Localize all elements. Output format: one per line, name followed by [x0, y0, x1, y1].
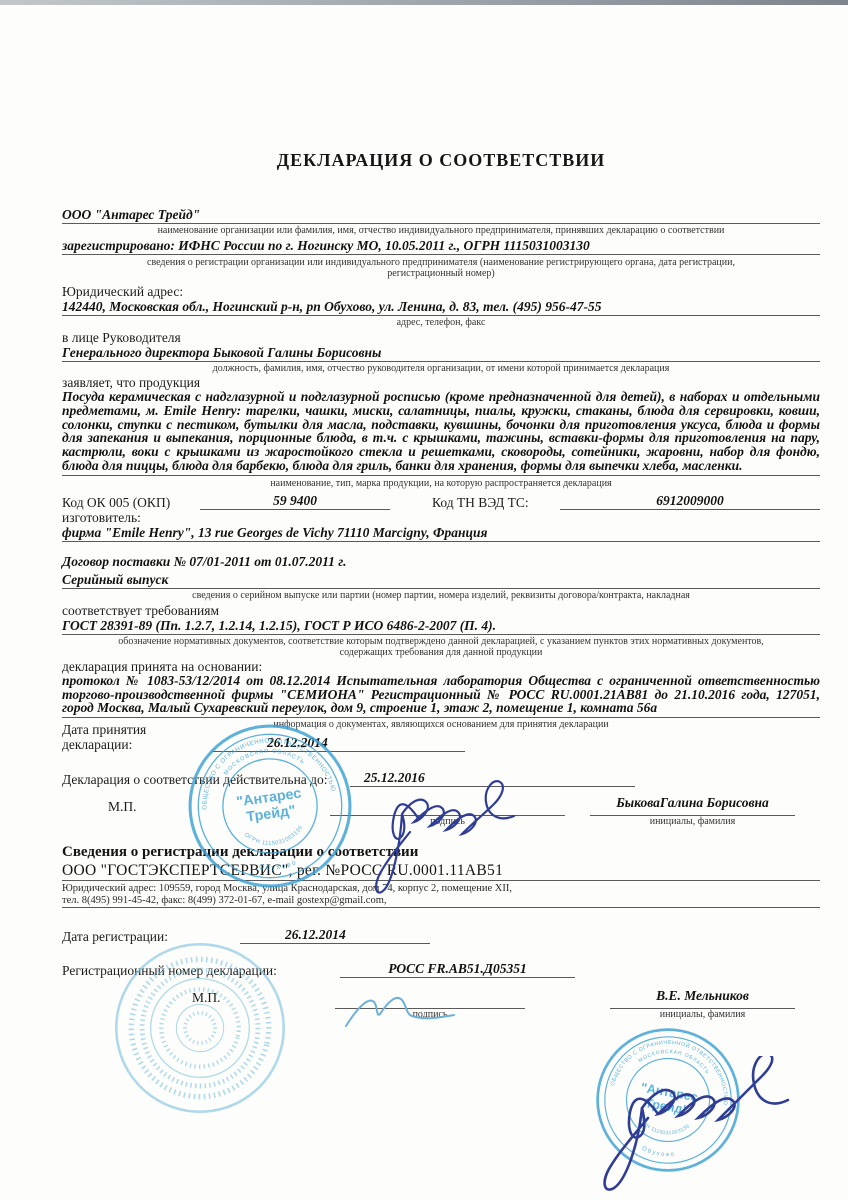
signature-declarant: [372, 778, 532, 910]
address-caption: адрес, телефон, факс: [62, 317, 820, 328]
registration-caption-line2: регистрационный номер): [62, 268, 820, 279]
document-title: ДЕКЛАРАЦИЯ О СООТВЕТСТВИИ: [62, 150, 820, 171]
manufacturer-label: изготовитель:: [62, 510, 820, 525]
signature-over-stamp: [596, 1056, 796, 1196]
tnved-value: 6912009000: [560, 493, 820, 510]
signer-caption-registrar: инициалы, фамилия: [610, 1009, 795, 1020]
stamp-ogrn-text: ОГРН 1115031003130: [242, 824, 306, 851]
round-stamp-antares-upper: ОБЩЕСТВО С ОГРАНИЧЕННОЙ ОТВЕТСТВЕННОСТЬЮ…: [186, 722, 354, 890]
codes-row: Код ОК 005 (ОКП) 59 9400 Код ТН ВЭД ТС: …: [62, 492, 820, 510]
head-value: Генерального директора Быковой Галины Бо…: [62, 345, 820, 362]
okp-value: 59 9400: [200, 493, 390, 510]
registration-caption-line1: сведения о регистрации организации или и…: [62, 257, 820, 268]
round-stamp-registrar: [112, 940, 288, 1116]
basis-text: протокол № 1083-53/12/2014 от 08.12.2014…: [62, 674, 820, 718]
serial-caption: сведения о серийном выпуске или партии (…: [62, 590, 820, 601]
contract-value: Договор поставки № 07/01-2011 от 01.07.2…: [62, 554, 820, 570]
requirements-label: соответствует требованиям: [62, 603, 820, 618]
standards-caption-line1: обозначение нормативных документов, соот…: [62, 636, 820, 647]
registration-number-value: РОСС FR.АВ51.Д05351: [340, 961, 575, 978]
adoption-date-row: Дата принятия декларации: 26.12.2014: [62, 734, 820, 752]
signer-name-registrar: В.Е. Мельников: [610, 988, 795, 1009]
stamp-city-text: Обухово: [258, 858, 300, 873]
tnved-label: Код ТН ВЭД ТС:: [432, 495, 560, 510]
signature-registrar: [338, 988, 468, 1036]
okp-label: Код ОК 005 (ОКП): [62, 495, 200, 510]
address-label: Юридический адрес:: [62, 284, 820, 299]
declarant-name: ООО "Антарес Трейд": [62, 207, 820, 224]
svg-text:ОГРН 1115031003130: ОГРН 1115031003130: [242, 824, 306, 851]
svg-text:Обухово: Обухово: [258, 858, 300, 873]
basis-label: декларация принята на основании:: [62, 659, 820, 674]
product-description: Посуда керамическая с надглазурной и под…: [62, 390, 820, 476]
signer-cell-declarant: БыковаГалина Борисовна инициалы, фамилия: [590, 795, 795, 827]
standards-value: ГОСТ 28391-89 (Пп. 1.2.7, 1.2.14, 1.2.15…: [62, 618, 820, 635]
manufacturer-value: фирма "Emile Henry", 13 rue Georges de V…: [62, 525, 820, 542]
mp-mark-declarant: М.П.: [108, 799, 137, 814]
standards-caption-line2: содержащих требования для данной продукц…: [62, 647, 820, 658]
declarant-name-caption: наименование организации или фамилия, им…: [62, 225, 820, 236]
signer-name-declarant: БыковаГалина Борисовна: [590, 795, 795, 816]
serial-value: Серийный выпуск: [62, 572, 820, 589]
in-person-label: в лице Руководителя: [62, 330, 820, 345]
declarant-registration: зарегистрировано: ИФНС России по г. Ноги…: [62, 238, 820, 255]
product-caption: наименование, тип, марка продукции, на к…: [62, 478, 820, 489]
document-page: ДЕКЛАРАЦИЯ О СООТВЕТСТВИИ ООО "Антарес Т…: [0, 0, 848, 1200]
declares-label: заявляет, что продукция: [62, 375, 820, 390]
signer-caption-declarant: инициалы, фамилия: [590, 816, 795, 827]
signer-cell-registrar: В.Е. Мельников инициалы, фамилия: [610, 988, 795, 1020]
head-caption: должность, фамилия, имя, отчество руково…: [62, 363, 820, 374]
address-value: 142440, Московская обл., Ногинский р-н, …: [62, 299, 820, 316]
